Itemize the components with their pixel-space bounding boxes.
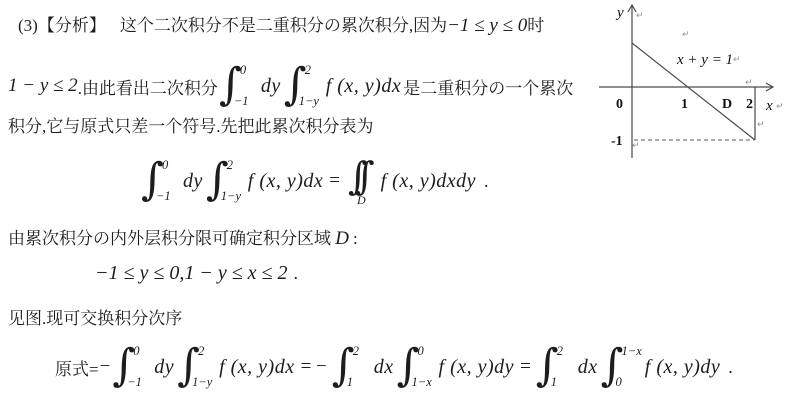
formula-label: 原式= xyxy=(55,355,99,380)
integral: ∫ 1−x0 xyxy=(601,342,642,392)
equals-sign: = xyxy=(520,356,531,378)
integral-upper-limit: 1−x xyxy=(622,345,642,357)
origin-label: 0 xyxy=(616,97,623,112)
region-inequalities: −1 ≤ y ≤ 0,1 − y ≤ x ≤ 2 xyxy=(95,262,288,284)
colon: : xyxy=(353,229,358,248)
y-axis-label: y xyxy=(615,5,624,21)
integral-upper-limit: 2 xyxy=(305,64,323,76)
line-equation-label: x + y = 1 xyxy=(676,52,733,68)
integral: ∫ 21−y xyxy=(284,61,323,111)
integral: ∫ 21 xyxy=(536,342,575,392)
inline-math-y-range: −1 ≤ y ≤ 0 xyxy=(447,15,527,36)
domain-symbol: D xyxy=(335,228,349,249)
integrand: f (x, y)dxdy xyxy=(381,170,476,193)
document-page: (3)【分析】这个二次积分不是二重积分の累次积分,因为−1 ≤ y ≤ 0时 1… xyxy=(0,0,785,398)
paragraph-mark-icon: ↵ xyxy=(632,141,640,151)
integrand: f (x, y)dx xyxy=(219,356,295,379)
integral-lower-limit: 1 xyxy=(347,376,371,388)
integral-lower-limit: 1−x xyxy=(412,376,436,388)
paragraph-4: 由累次积分の内外层积分限可确定积分区域 D: xyxy=(8,224,358,250)
integral: ∫ 0−1 xyxy=(219,61,258,111)
integral-lower-limit: 1−y xyxy=(221,190,245,202)
paragraph-1: (3)【分析】这个二次积分不是二重积分の累次积分,因为−1 ≤ y ≤ 0时 xyxy=(18,11,544,37)
period: . xyxy=(294,263,299,283)
paragraph-4-text: 由累次积分の内外层积分限可确定积分区域 xyxy=(8,229,331,248)
y-tick-neg-1: -1 xyxy=(611,134,623,149)
integrand: f (x, y)dx xyxy=(326,75,402,98)
region-d-label: D xyxy=(722,97,732,112)
paragraph-3: 积分,它与原式只差一个符号.先把此累次积分表为 xyxy=(8,112,374,137)
integrand: dx xyxy=(374,356,394,379)
minus-sign: − xyxy=(100,356,111,378)
integral-upper-limit: 2 xyxy=(198,345,216,357)
paragraph-5-text: 见图.现可交换积分次序 xyxy=(8,309,182,328)
integral-upper-limit: 2 xyxy=(227,159,245,171)
double-integral: ∫∫ D xyxy=(348,155,375,208)
paragraph-mark-icon: ↵ xyxy=(682,30,690,40)
paragraph-mark-icon: ↵ xyxy=(745,78,753,88)
integral-lower-limit: 1 xyxy=(551,376,575,388)
paragraph-mark-icon: ↵ xyxy=(757,120,765,130)
integral: ∫ 01−x xyxy=(397,342,436,392)
paragraph-2: 1 − y ≤ 2 .由此看出二次积分 ∫ 0−1 dy ∫ 21−y f (x… xyxy=(8,62,573,110)
integral-lower-limit: 0 xyxy=(616,376,642,388)
integral-lower-limit: 1−y xyxy=(192,376,216,388)
integral-glyph: ∫ xyxy=(355,155,375,197)
integrand: f (x, y)dy xyxy=(439,356,515,379)
paragraph-3-text: 积分,它与原式只差一个符号.先把此累次积分表为 xyxy=(8,117,374,136)
integral-upper-limit: 0 xyxy=(133,345,151,357)
integral-lower-limit: 1−y xyxy=(299,95,323,107)
integrand: dy xyxy=(183,170,203,193)
x-tick-2: 2 xyxy=(746,97,753,112)
period: . xyxy=(728,357,733,378)
integral: ∫ 21−y xyxy=(177,342,216,392)
integral: ∫ 0−1 xyxy=(141,156,180,206)
integral-upper-limit: 0 xyxy=(418,345,436,357)
item-label: (3)【分析】 xyxy=(18,16,106,35)
region-diagram: y x x + y = 1 0 1 D 2 -1 ↵ ↵ ↵ ↵ ↵ ↵ ↵ xyxy=(598,0,785,165)
paragraph-1-text1: 这个二次积分不是二重积分の累次积分,因为 xyxy=(120,16,447,35)
paragraph-1-text2: 时 xyxy=(527,16,544,35)
display-formula-3: 原式= − ∫ 0−1 dy ∫ 21−y f (x, y)dx = − ∫ 2… xyxy=(55,341,733,393)
integral-upper-limit: 0 xyxy=(240,64,258,76)
paragraph-mark-icon: ↵ xyxy=(636,11,644,21)
integral: ∫ 0−1 xyxy=(112,342,151,392)
integrand: dy xyxy=(154,356,174,379)
integrand: dy xyxy=(261,75,281,98)
integral-upper-limit: 2 xyxy=(353,345,371,357)
integral-lower-limit: −1 xyxy=(234,95,258,107)
integral-lower-limit: −1 xyxy=(156,190,180,202)
integrand: f (x, y)dy xyxy=(645,356,721,379)
integrand: f (x, y)dx xyxy=(248,170,324,193)
paragraph-mark-icon: ↵ xyxy=(776,102,784,112)
paragraph-2-text1: .由此看出二次积分 xyxy=(78,74,218,99)
x-tick-1: 1 xyxy=(681,97,688,112)
period: . xyxy=(484,171,489,192)
integral-upper-limit: 0 xyxy=(162,159,180,171)
integral-lower-limit: −1 xyxy=(127,376,151,388)
integral: ∫ 21 xyxy=(332,342,371,392)
display-formula-2: −1 ≤ y ≤ 0,1 − y ≤ x ≤ 2. xyxy=(95,262,298,285)
domain-label: D xyxy=(357,193,366,208)
paragraph-5: 见图.现可交换积分次序 xyxy=(8,304,182,329)
integrand: dx xyxy=(578,356,598,379)
integral-upper-limit: 2 xyxy=(557,345,575,357)
paragraph-mark-icon: ↵ xyxy=(733,55,741,65)
equals-minus: = − xyxy=(301,356,327,378)
inline-math-1-minus-y: 1 − y ≤ 2 xyxy=(8,75,78,97)
x-axis-label: x xyxy=(765,98,773,114)
paragraph-2-text2: 是二重积分の一个累次 xyxy=(403,74,573,99)
integral: ∫ 21−y xyxy=(206,156,245,206)
equals-sign: = xyxy=(329,170,340,192)
display-formula-1: ∫ 0−1 dy ∫ 21−y f (x, y)dx = ∫∫ D f (x, … xyxy=(140,155,489,207)
